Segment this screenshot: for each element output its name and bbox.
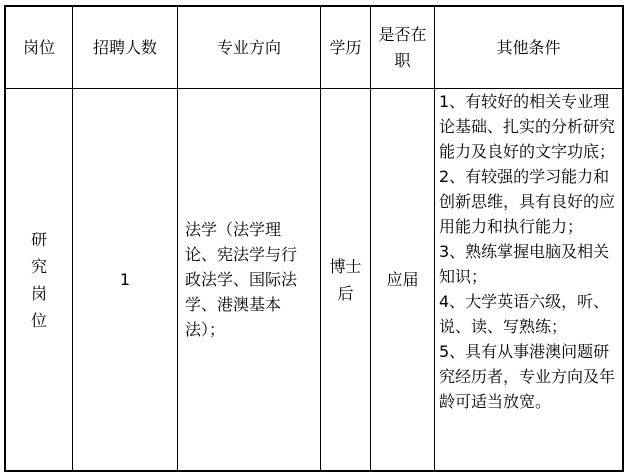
employment-value: 应届 (386, 267, 418, 293)
header-major-label: 专业方向 (217, 35, 281, 61)
cell-other-conditions: 1、有较好的相关专业理论基础、扎实的分析研究能力及良好的文字功底；2、有较强的学… (435, 89, 622, 470)
header-degree-label: 学历 (329, 35, 361, 61)
cell-employment: 应届 (371, 89, 435, 470)
major-value: 法学（法学理论、宪法学与行政法学、国际法学、港澳基本法）； (185, 217, 308, 342)
header-other-conditions: 其他条件 (435, 7, 622, 89)
header-headcount-label: 招聘人数 (93, 35, 157, 61)
position-value: 研究岗位 (31, 226, 48, 334)
header-employment-label: 是否在职 (377, 22, 428, 74)
condition-item: 2、有较强的学习能力和创新思维，具有良好的应用能力和执行能力； (439, 164, 621, 239)
header-position-label: 岗位 (23, 35, 55, 61)
header-major: 专业方向 (178, 7, 321, 89)
header-employment: 是否在职 (371, 7, 435, 89)
header-other-conditions-label: 其他条件 (496, 35, 560, 61)
condition-item: 3、熟练掌握电脑及相关知识； (439, 239, 621, 289)
condition-item: 1、有较好的相关专业理论基础、扎实的分析研究能力及良好的文字功底； (439, 89, 621, 164)
cell-degree: 博士后 (321, 89, 371, 470)
condition-item: 5、具有从事港澳问题研究经历者，专业方向及年龄可适当放宽。 (439, 339, 621, 414)
header-position: 岗位 (6, 7, 73, 89)
cell-major: 法学（法学理论、宪法学与行政法学、国际法学、港澳基本法）； (178, 89, 321, 470)
cell-position: 研究岗位 (6, 89, 73, 470)
headcount-value: 1 (120, 267, 130, 293)
recruitment-table: 岗位 招聘人数 专业方向 学历 是否在职 其他条件 研究岗位 1 法学（法学理论… (4, 5, 624, 472)
other-conditions-list: 1、有较好的相关专业理论基础、扎实的分析研究能力及良好的文字功底；2、有较强的学… (439, 89, 621, 414)
degree-value: 博士后 (329, 253, 363, 307)
condition-item: 4、大学英语六级，听、说、读、写熟练； (439, 289, 621, 339)
header-degree: 学历 (321, 7, 371, 89)
header-headcount: 招聘人数 (73, 7, 178, 89)
cell-headcount: 1 (73, 89, 178, 470)
